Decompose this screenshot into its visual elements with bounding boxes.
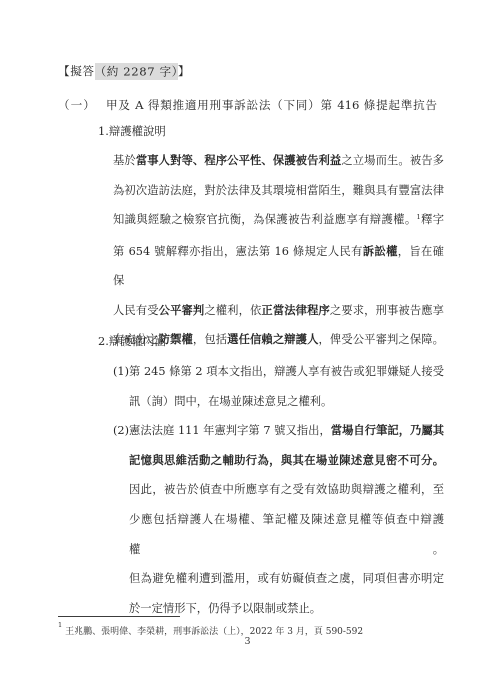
text-line: 知識與經驗之檢察官抗衡，為保護被告利益應享有辯護權。1釋字 (113, 205, 444, 237)
text-line: 因此，被告於偵查中所應享有之受有效協助與辯護之權利，至 (113, 475, 444, 505)
text-segment: 基於 (113, 154, 136, 167)
text-line: 少應包括辯護人在場權、筆記權及陳述意見權等偵查中辯護權。 (113, 505, 444, 564)
text-segment: 訊（詢）問中，在場並陳述意見之權利。 (129, 395, 332, 408)
text-segment: (1)第 245 條第 2 項本文指出，辯護人享有被告或犯罪嫌疑人接受 (113, 365, 444, 378)
text-segment: ，包括 (193, 333, 227, 346)
answer-title: 【擬答（約 2287 字）】 (58, 63, 190, 80)
page-number: 3 (0, 636, 495, 647)
emphasis-text-segment: 當事人對等、程序公平性、保護被告利益 (136, 153, 342, 167)
text-segment: 之要求，刑事被告應享 (330, 304, 444, 317)
section-heading: （一） 甲及 A 得類推適用刑事訴訟法（下同）第 416 條提起準抗告 (58, 97, 437, 114)
section-heading-marker: （一） (58, 97, 106, 114)
footnote-ref-number: 1 (58, 621, 62, 629)
answer-title-suffix: 】 (178, 64, 190, 78)
emphasis-text-segment: 訴訟權 (363, 244, 398, 258)
emphasis-text-segment: 正當法律程序 (261, 303, 330, 317)
text-line: 訊（詢）問中，在場並陳述意見之權利。 (113, 387, 444, 417)
footnote-separator (58, 616, 180, 617)
text-segment: 因此，被告於偵查中所應享有之受有效協助與辯護之權利，至 (129, 483, 444, 496)
text-segment: 於一定情形下，仍得予以限制或禁止。 (129, 602, 321, 615)
text-line: 第 654 號解釋亦指出，憲法第 16 條規定人民有訴訟權，旨在確保 (113, 237, 444, 296)
subsection-1-heading: 1.辯護權說明 (98, 124, 166, 139)
footnote-ref-marker: 1 (417, 213, 421, 221)
text-segment: 知識與經驗之檢察官抗衡，為保護被告利益應享有辯護權。 (113, 213, 417, 226)
document-page: 【擬答（約 2287 字）】 （一） 甲及 A 得類推適用刑事訴訟法（下同）第 … (0, 0, 495, 700)
answer-title-prefix: 【擬答 (58, 64, 95, 78)
text-segment: (2)憲法法庭 111 年憲判字第 7 號又指出， (113, 424, 331, 437)
text-segment: 之權利，依 (204, 304, 261, 317)
text-segment: 但為避免權利遭到濫用，或有妨礙偵查之虞，同項但書亦明定 (129, 572, 444, 585)
text-segment: 為初次造訪法庭，對於法律及其環境相當陌生，難與具有豐富法律 (113, 184, 444, 197)
text-line: 基於當事人對等、程序公平性、保護被告利益之立場而生。被告多 (113, 146, 444, 176)
list-defense-right-content: (1)第 245 條第 2 項本文指出，辯護人享有被告或犯罪嫌疑人接受訊（詢）問… (113, 357, 444, 623)
emphasis-text-segment: 記憶與思維活動之輔助行為，與其在場並陳述意見密不可分。 (129, 453, 444, 467)
text-line: (2)憲法法庭 111 年憲判字第 7 號又指出，當場自行筆記，乃屬其 (113, 416, 444, 446)
subsection-2-heading: 2.辯護權內涵 (98, 334, 166, 349)
text-line: 但為避免權利遭到濫用，或有妨礙偵查之虞，同項但書亦明定 (113, 564, 444, 594)
text-segment: 釋字 (421, 213, 444, 226)
text-segment: 人民有受 (113, 304, 159, 317)
text-line: 記憶與思維活動之輔助行為，與其在場並陳述意見密不可分。 (113, 446, 444, 476)
text-segment: ，俾受公平審判之保障。 (319, 333, 444, 346)
emphasis-text-segment: 當場自行筆記，乃屬其 (331, 423, 444, 437)
text-line: 於一定情形下，仍得予以限制或禁止。 (113, 594, 444, 624)
text-segment: 之立場而生。被告多 (341, 154, 444, 167)
section-heading-text: 甲及 A 得類推適用刑事訴訟法（下同）第 416 條提起準抗告 (106, 97, 437, 114)
text-segment: 第 654 號解釋亦指出，憲法第 16 條規定人民有 (113, 245, 363, 258)
emphasis-text-segment: 公平審判 (159, 303, 205, 317)
paragraph-defense-right-basis: 基於當事人對等、程序公平性、保護被告利益之立場而生。被告多為初次造訪法庭，對於法… (113, 146, 444, 355)
text-line: (1)第 245 條第 2 項本文指出，辯護人享有被告或犯罪嫌疑人接受 (113, 357, 444, 387)
emphasis-text-segment: 選任信賴之辯護人 (227, 332, 318, 346)
text-segment: 少應包括辯護人在場權、筆記權及陳述意見權等偵查中辯護權。 (129, 513, 444, 556)
word-count-highlight: （約 2287 字） (95, 63, 178, 80)
text-line: 人民有受公平審判之權利，依正當法律程序之要求，刑事被告應享 (113, 296, 444, 326)
text-line: 為初次造訪法庭，對於法律及其環境相當陌生，難與具有豐富法律 (113, 176, 444, 206)
